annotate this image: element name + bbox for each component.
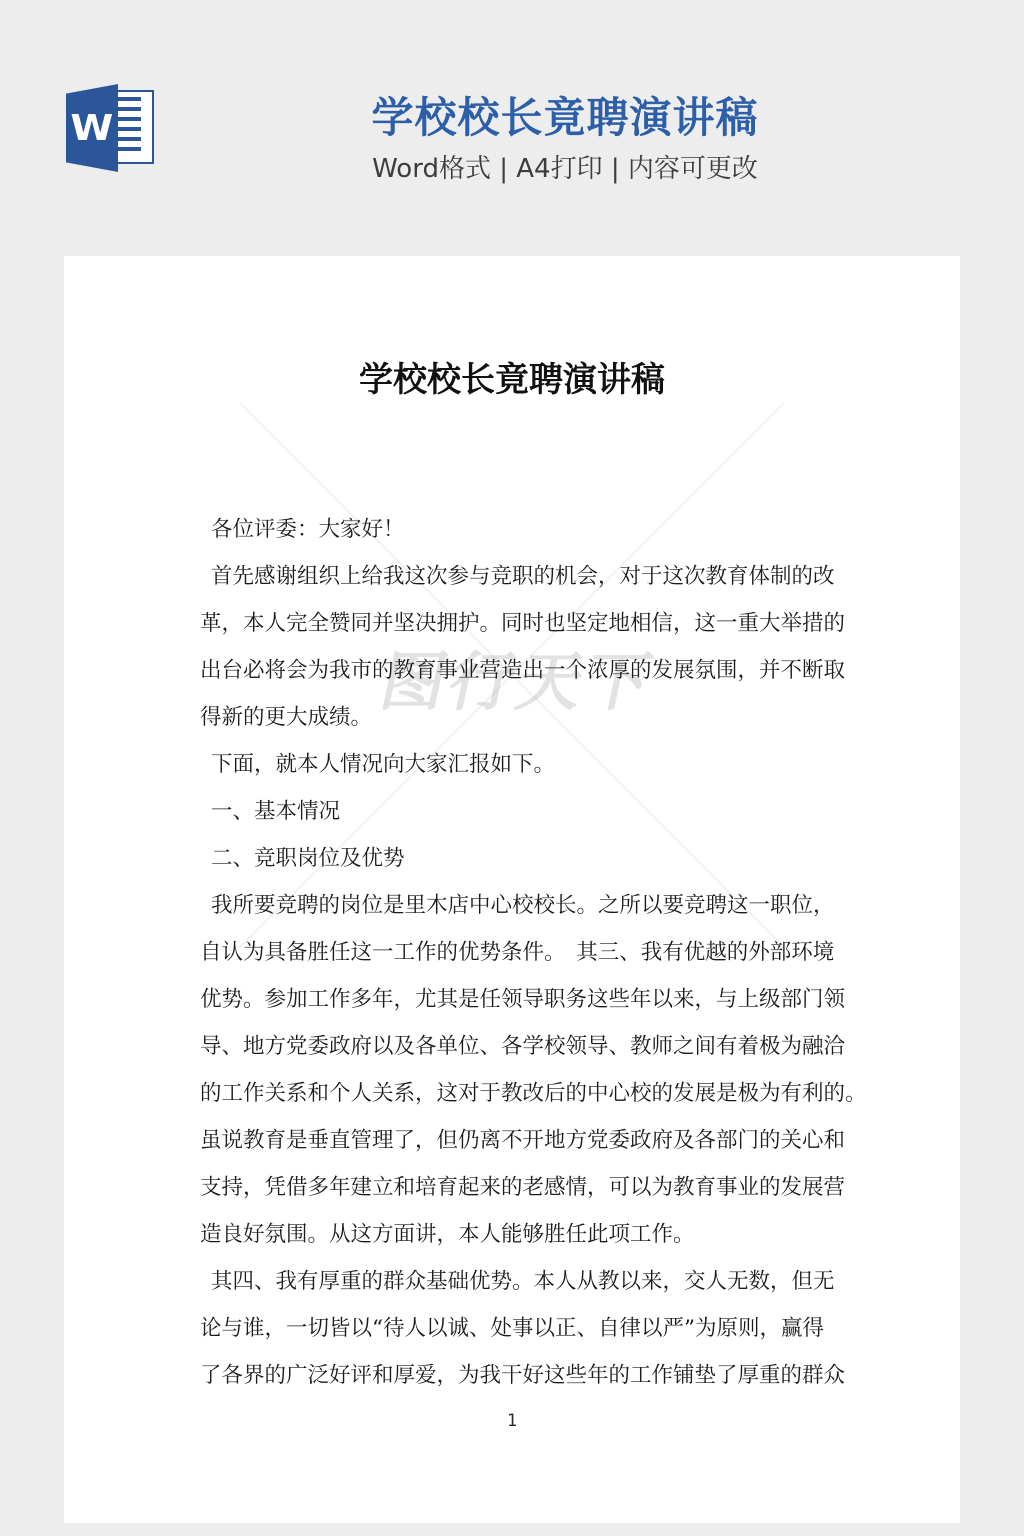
word-icon-letter: W xyxy=(71,108,114,149)
header: 学校校长竟聘演讲稿 Word格式 | A4打印 | 内容可更改 xyxy=(106,94,1024,184)
text-line: 二、竞职岗位及优势 xyxy=(200,835,860,882)
text-line: 得新的更大成绩。 xyxy=(200,694,860,741)
page-number: 1 xyxy=(64,1406,960,1436)
text-line: 我所要竞聘的岗位是里木店中心校校长。之所以要竞聘这一职位， xyxy=(200,882,860,929)
word-file-icon: W xyxy=(66,84,156,172)
text-line: 论与谁，一切皆以“待人以诚、处事以正、自律以严”为原则，赢得 xyxy=(200,1305,860,1352)
word-icon-sheet xyxy=(112,90,154,164)
preview-screen: W 学校校长竟聘演讲稿 Word格式 | A4打印 | 内容可更改 图行天下 学… xyxy=(0,0,1024,1536)
text-line: 其四、我有厚重的群众基础优势。本人从教以来，交人无数，但无 xyxy=(200,1258,860,1305)
text-line: 下面，就本人情况向大家汇报如下。 xyxy=(200,741,860,788)
text-line: 支持，凭借多年建立和培育起来的老感情，可以为教育事业的发展营 xyxy=(200,1164,860,1211)
text-line: 革，本人完全赞同并坚决拥护。同时也坚定地相信，这一重大举措的 xyxy=(200,600,860,647)
text-line: 首先感谢组织上给我这次参与竞职的机会，对于这次教育体制的改 xyxy=(200,553,860,600)
text-line: 造良好氛围。从这方面讲，本人能够胜任此项工作。 xyxy=(200,1211,860,1258)
header-title: 学校校长竟聘演讲稿 xyxy=(106,94,1024,142)
text-line: 各位评委：大家好！ xyxy=(200,506,860,553)
header-subtitle: Word格式 | A4打印 | 内容可更改 xyxy=(106,154,1024,184)
text-line: 自认为具备胜任这一工作的优势条件。 其三、我有优越的外部环境 xyxy=(200,929,860,976)
text-line: 导、地方党委政府以及各单位、各学校领导、教师之间有着极为融洽 xyxy=(200,1023,860,1070)
text-line: 优势。参加工作多年，尤其是任领导职务这些年以来，与上级部门领 xyxy=(200,976,860,1023)
word-icon-slab: W xyxy=(66,84,118,172)
text-line: 出台必将会为我市的教育事业营造出一个浓厚的发展氛围，并不断取 xyxy=(200,647,860,694)
text-line: 虽说教育是垂直管理了，但仍离不开地方党委政府及各部门的关心和 xyxy=(200,1117,860,1164)
text-line: 一、基本情况 xyxy=(200,788,860,835)
text-line: 了各界的广泛好评和厚爱，为我干好这些年的工作铺垫了厚重的群众 xyxy=(200,1352,860,1399)
document-body: 各位评委：大家好！首先感谢组织上给我这次参与竞职的机会，对于这次教育体制的改革，… xyxy=(200,506,860,1399)
word-icon-sheet-lines xyxy=(114,97,141,157)
text-line: 的工作关系和个人关系，这对于教改后的中心校的发展是极为有利的。 xyxy=(200,1070,860,1117)
document-page: 图行天下 学校校长竟聘演讲稿 各位评委：大家好！首先感谢组织上给我这次参与竞职的… xyxy=(64,256,960,1523)
document-title: 学校校长竟聘演讲稿 xyxy=(64,256,960,400)
